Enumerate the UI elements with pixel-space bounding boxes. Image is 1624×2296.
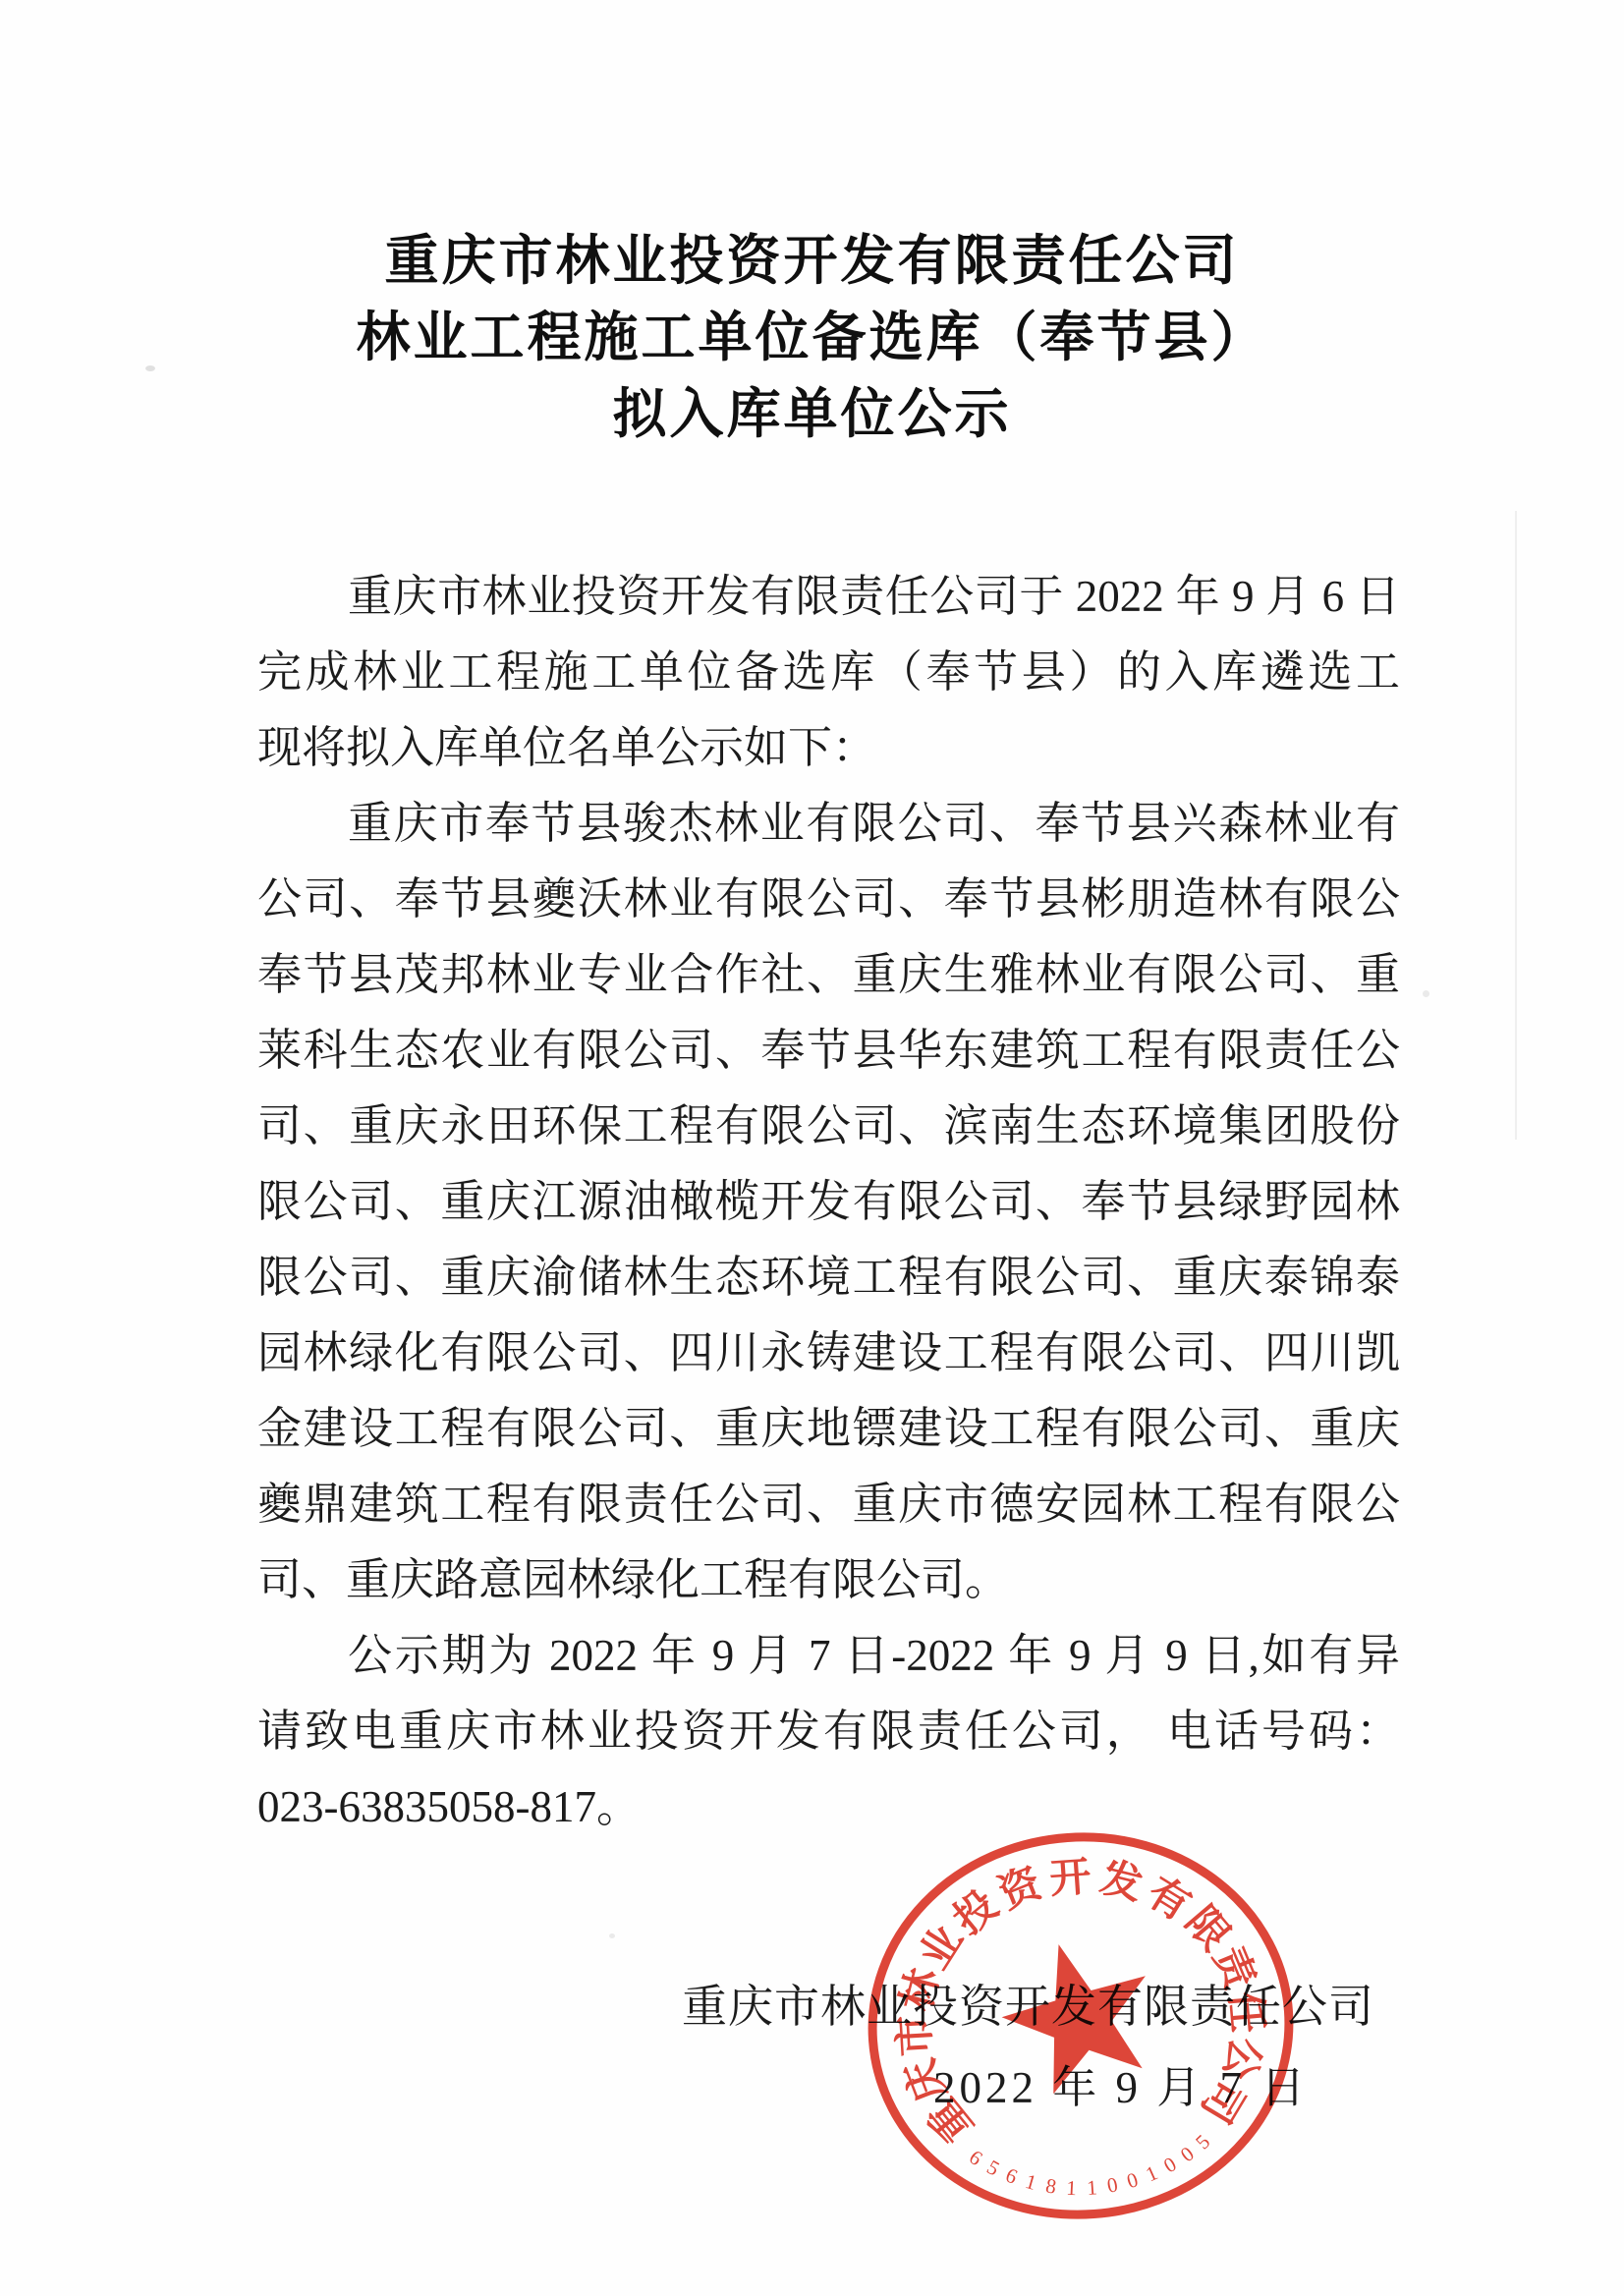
scan-speck <box>1423 990 1429 997</box>
seal-star-icon <box>997 1938 1153 2097</box>
document-body: 重庆市林业投资开发有限责任公司于 2022 年 9 月 6 日 完成林业工程施工… <box>257 559 1400 1845</box>
svg-text:6: 6 <box>1002 2163 1021 2189</box>
svg-text:司: 司 <box>1192 2071 1252 2130</box>
scan-artifact-line <box>1515 511 1517 1140</box>
body-line: 请致电重庆市林业投资开发有限责任公司， 电话号码： <box>257 1694 1400 1769</box>
svg-text:0: 0 <box>1105 2172 1120 2198</box>
svg-text:5: 5 <box>983 2155 1004 2180</box>
body-line: 限公司、重庆江源油橄榄开发有限公司、奉节县绿野园林有 <box>257 1164 1400 1240</box>
body-line: 限公司、重庆渝储林生态环境工程有限公司、重庆泰锦泰吉 <box>257 1240 1400 1316</box>
body-line: 重庆市林业投资开发有限责任公司于 2022 年 9 月 6 日 <box>257 559 1400 635</box>
document-page: 重庆市林业投资开发有限责任公司 林业工程施工单位备选库（奉节县） 拟入库单位公示… <box>0 0 1624 2296</box>
official-seal-stamp: 重庆市林业投资开发有限责任公司 5001001181656 <box>849 1803 1313 2249</box>
svg-text:市: 市 <box>891 2014 939 2058</box>
svg-text:任: 任 <box>1221 1990 1270 2036</box>
body-line: 奉节县茂邦林业专业合作社、重庆生雅林业有限公司、重庆 <box>257 937 1400 1013</box>
svg-text:公: 公 <box>1214 2033 1267 2083</box>
body-line: 重庆市奉节县骏杰林业有限公司、奉节县兴森林业有限 <box>257 786 1400 862</box>
document-title: 重庆市林业投资开发有限责任公司 林业工程施工单位备选库（奉节县） 拟入库单位公示 <box>0 222 1624 452</box>
scan-speck <box>145 365 155 371</box>
svg-text:资: 资 <box>992 1860 1048 1919</box>
svg-text:发: 发 <box>1095 1855 1147 1910</box>
svg-text:开: 开 <box>1048 1855 1092 1903</box>
svg-text:5: 5 <box>1191 2130 1214 2155</box>
title-line-2: 林业工程施工单位备选库（奉节县） <box>0 299 1624 375</box>
svg-text:1: 1 <box>1023 2169 1039 2195</box>
svg-text:1: 1 <box>1086 2175 1097 2200</box>
body-line: 莱科生态农业有限公司、奉节县华东建筑工程有限责任公 <box>257 1013 1400 1089</box>
body-line: 司、重庆路意园林绿化工程有限公司。 <box>257 1542 1400 1618</box>
svg-text:8: 8 <box>1044 2173 1058 2198</box>
svg-text:1: 1 <box>1066 2176 1078 2200</box>
body-line: 园林绿化有限公司、四川永铸建设工程有限公司、四川凯利 <box>257 1316 1400 1391</box>
svg-text:6: 6 <box>965 2145 987 2170</box>
body-line: 金建设工程有限公司、重庆地镖建设工程有限公司、重庆市 <box>257 1391 1400 1467</box>
svg-text:1: 1 <box>1143 2160 1161 2186</box>
body-line: 公示期为 2022 年 9 月 7 日-2022 年 9 月 9 日,如有异议， <box>257 1618 1400 1694</box>
title-line-1: 重庆市林业投资开发有限责任公司 <box>0 222 1624 299</box>
svg-text:0: 0 <box>1176 2142 1199 2166</box>
body-line: 完成林业工程施工单位备选库（奉节县）的入库遴选工作， <box>257 635 1400 710</box>
title-line-3: 拟入库单位公示 <box>0 375 1624 452</box>
body-line: 现将拟入库单位名单公示如下： <box>257 710 1400 786</box>
seal-serial-number: 5001001181656 <box>964 2129 1218 2209</box>
scan-speck <box>609 1933 615 1938</box>
body-line: 公司、奉节县夔沃林业有限公司、奉节县彬朋造林有限公司、 <box>257 862 1400 937</box>
body-line: 夔鼎建筑工程有限责任公司、重庆市德安园林工程有限公 <box>257 1467 1400 1542</box>
body-line: 司、重庆永田环保工程有限公司、滨南生态环境集团股份有 <box>257 1089 1400 1164</box>
svg-text:0: 0 <box>1124 2167 1141 2193</box>
svg-text:0: 0 <box>1159 2152 1180 2177</box>
